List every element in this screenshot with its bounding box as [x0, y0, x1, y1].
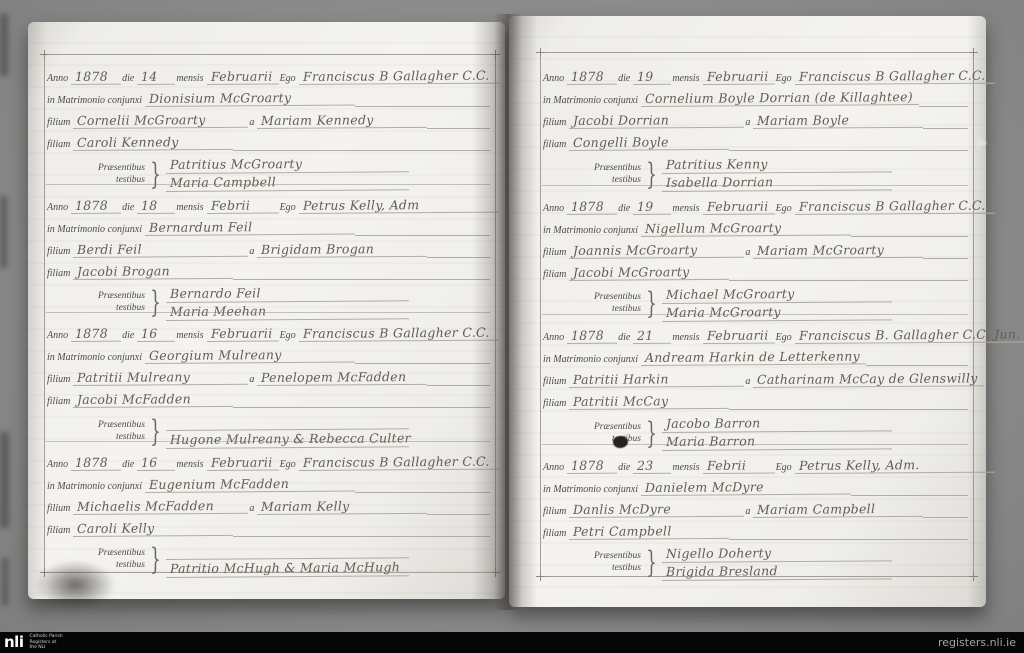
frame-corner-mark: [40, 568, 49, 577]
record-month: Februarii: [702, 327, 774, 344]
label-anno: Anno: [542, 73, 567, 85]
nli-logo-caption: Catholic Parish Registers at the NLI: [29, 634, 62, 652]
label-praesentibus: Præsentibus: [98, 548, 145, 560]
ruled-line: [233, 136, 490, 151]
caption-line-1: Catholic Parish: [29, 634, 62, 639]
record-witness-1: Jacobo Barron: [662, 414, 892, 433]
record-groom: Dionisium McGroarty: [145, 90, 355, 107]
record-month: Februarii: [206, 325, 278, 342]
record-groom-line: in Matrimonio conjunxi Danielem McDyre: [542, 474, 968, 496]
label-ego: Ego: [775, 462, 795, 474]
record-witness-2: Patritio McHugh & Maria McHugh: [166, 559, 409, 578]
label-ego: Ego: [279, 73, 299, 85]
ruled-line: [233, 393, 490, 408]
record-groom-line: in Matrimonio conjunxi Georgium Mulreany: [46, 342, 490, 364]
label-anno: Anno: [542, 332, 567, 344]
label-mensis: mensis: [175, 73, 206, 85]
marriage-record: Anno 1878 die 21 mensis Februarii Ego Fr…: [542, 314, 968, 444]
frame-corner-mark: [491, 50, 500, 59]
label-filium: filium: [542, 506, 569, 518]
record-celebrant: Franciscus B Gallagher C.C.: [795, 68, 995, 85]
label-die: die: [121, 73, 137, 85]
label-mensis: mensis: [671, 73, 702, 85]
label-testibus-word: testibus: [98, 560, 145, 572]
record-bride: Mariam Boyle: [753, 112, 923, 129]
label-filiam: filiam: [542, 269, 569, 281]
record-year: 1878: [567, 328, 617, 344]
record-groom-line: in Matrimonio conjunxi Bernardum Feil: [46, 214, 490, 236]
scan-edge-smudge: [0, 432, 9, 528]
record-groom: Bernardum Feil: [145, 218, 355, 235]
label-testibus: Præsentibus testibus: [98, 548, 145, 572]
caption-line-3: the NLI: [29, 645, 45, 650]
record-bride-father: Jacobi Brogan: [73, 262, 233, 279]
label-die: die: [121, 330, 137, 342]
marriage-record: Anno 1878 die 16 mensis Februarii Ego Fr…: [46, 312, 490, 441]
record-groom-line: in Matrimonio conjunxi Nigellum McGroart…: [542, 215, 968, 237]
record-date-line: Anno 1878 die 19 mensis Februarii Ego Fr…: [542, 63, 968, 85]
label-anno: Anno: [542, 203, 567, 215]
record-year: 1878: [567, 198, 617, 214]
label-filiam: filiam: [46, 525, 73, 537]
label-praesentibus: Præsentibus: [98, 163, 145, 175]
record-day: 14: [137, 69, 175, 85]
frame-corner-mark: [536, 572, 545, 581]
label-mensis: mensis: [175, 330, 206, 342]
record-bride: Mariam Campbell: [753, 500, 923, 517]
label-ego: Ego: [775, 203, 795, 215]
record-groom-father: Berdi Feil: [73, 240, 248, 257]
record-groom-line: in Matrimonio conjunxi Eugenium McFadden: [46, 471, 490, 493]
label-filium: filium: [46, 503, 73, 515]
record-bride-father-line: filiam Caroli Kennedy: [46, 129, 490, 151]
record-bride: Mariam McGroarty: [753, 241, 923, 258]
label-conjunxi: in Matrimonio conjunxi: [46, 481, 145, 493]
record-date-line: Anno 1878 die 19 mensis Februarii Ego Fr…: [542, 193, 968, 215]
record-bride-father-line: filiam Jacobi McFadden: [46, 386, 490, 408]
ruled-line: [923, 503, 968, 518]
record-groom: Georgium Mulreany: [145, 347, 355, 364]
frame-corner-mark: [969, 572, 978, 581]
record-date-line: Anno 1878 die 16 mensis Februarii Ego Fr…: [46, 449, 490, 471]
records-column-left: Anno 1878 die 14 mensis Februarii Ego Fr…: [46, 56, 490, 569]
record-witness-1: Bernardo Feil: [166, 284, 409, 303]
label-filium: filium: [542, 117, 569, 129]
label-conjunxi: in Matrimonio conjunxi: [542, 484, 641, 496]
marriage-record: Anno 1878 die 14 mensis Februarii Ego Fr…: [46, 56, 490, 184]
label-ego: Ego: [279, 330, 299, 342]
ruled-line: [233, 522, 490, 537]
record-date-line: Anno 1878 die 14 mensis Februarii Ego Fr…: [46, 63, 490, 85]
ruled-line: [923, 114, 968, 129]
label-testibus: Præsentibus testibus: [594, 551, 641, 575]
marriage-record: Anno 1878 die 23 mensis Febrii Ego Petru…: [542, 444, 968, 574]
label-ego: Ego: [775, 73, 795, 85]
label-conjunxi: in Matrimonio conjunxi: [542, 95, 641, 107]
record-bride-father: Caroli Kennedy: [73, 134, 233, 151]
ruled-line: [729, 525, 968, 540]
label-ego: Ego: [279, 459, 299, 471]
ruled-line: [355, 92, 490, 107]
record-parents-line: filium Patritii Harkin a Catharinam McCa…: [542, 366, 968, 388]
register-page-right: Anno 1878 die 19 mensis Februarii Ego Fr…: [509, 16, 986, 607]
record-celebrant: Franciscus B Gallagher C.C.: [299, 325, 499, 342]
ruled-line: [233, 265, 490, 280]
record-groom: Cornelium Boyle Dorrian (de Killaghtee): [641, 89, 919, 107]
scan-edge-smudge: [0, 196, 7, 268]
record-day: 23: [633, 457, 671, 473]
record-bride-father-line: filiam Patritii McCay: [542, 388, 968, 410]
nli-footer-bar: nli Catholic Parish Registers at the NLI…: [0, 632, 1024, 653]
label-ego: Ego: [775, 332, 795, 344]
label-conjunxi: in Matrimonio conjunxi: [46, 224, 145, 236]
record-groom-father: Patritii Mulreany: [73, 369, 248, 386]
label-praesentibus: Præsentibus: [594, 292, 641, 304]
ruled-line: [729, 395, 968, 410]
record-year: 1878: [71, 454, 121, 470]
record-bride-father: Caroli Kelly: [73, 519, 233, 536]
record-groom: Andream Harkin de Letterkenny: [641, 348, 866, 366]
record-day: 19: [633, 198, 671, 214]
marriage-record: Anno 1878 die 19 mensis Februarii Ego Fr…: [542, 185, 968, 315]
frame-corner-mark: [969, 48, 978, 57]
record-bride-father-line: filiam Caroli Kelly: [46, 515, 490, 537]
record-date-line: Anno 1878 die 21 mensis Februarii Ego Fr…: [542, 322, 968, 344]
record-witness-2: Brigida Bresland: [662, 562, 892, 581]
witnesses-block: Præsentibus testibus } Patritio McHugh &…: [98, 542, 490, 579]
label-conjunxi: in Matrimonio conjunxi: [46, 352, 145, 364]
record-parents-line: filium Cornelii McGroarty a Mariam Kenne…: [46, 107, 490, 129]
record-witness-1: Patritius McGroarty: [166, 155, 409, 174]
record-bride-father: Congelli Boyle: [569, 134, 729, 151]
witness-names: Nigello Doherty Brigida Bresland: [662, 545, 968, 582]
label-filium: filium: [46, 117, 73, 129]
scan-edge-smudge: [0, 14, 8, 76]
ruled-line: [851, 481, 968, 496]
record-year: 1878: [71, 69, 121, 85]
registers-watermark: registers.nli.ie: [938, 636, 1016, 649]
label-die: die: [121, 202, 137, 214]
witnesses-block: Præsentibus testibus } Nigello Doherty B…: [594, 545, 968, 582]
label-praesentibus: Præsentibus: [98, 420, 145, 432]
label-testibus: Præsentibus testibus: [594, 292, 641, 316]
record-day: 16: [137, 326, 175, 342]
record-parents-line: filium Joannis McGroarty a Mariam McGroa…: [542, 237, 968, 259]
label-anno: Anno: [46, 330, 71, 342]
frame-corner-mark: [491, 568, 500, 577]
record-year: 1878: [71, 326, 121, 342]
label-mensis: mensis: [175, 459, 206, 471]
record-groom-father: Michaelis McFadden: [73, 497, 248, 514]
label-anno: Anno: [46, 459, 71, 471]
label-filium: filium: [542, 376, 569, 388]
record-celebrant: Franciscus B Gallagher C.C.: [299, 453, 499, 470]
label-filium: filium: [46, 246, 73, 258]
record-month: Februarii: [702, 68, 774, 85]
record-groom: Danielem McDyre: [641, 478, 851, 495]
ruled-line: [729, 136, 968, 151]
page-edge-glint: [976, 137, 987, 149]
record-year: 1878: [567, 69, 617, 85]
record-bride-father-line: filiam Petri Campbell: [542, 518, 968, 540]
record-witness-1: Michael McGroarty: [662, 285, 892, 304]
record-bride-father: Jacobi McGroarty: [569, 263, 729, 280]
record-groom: Nigellum McGroarty: [641, 219, 851, 236]
record-bride-father: Patritii McCay: [569, 393, 729, 410]
ruled-line: [355, 349, 490, 364]
label-die: die: [121, 459, 137, 471]
record-witness-1: [166, 412, 409, 431]
record-bride: Brigidam Brogan: [257, 240, 427, 257]
ruled-line: [355, 221, 490, 236]
ruled-line: [427, 114, 490, 129]
record-parents-line: filium Danlis McDyre a Mariam Campbell: [542, 496, 968, 518]
ruled-line: [427, 500, 490, 515]
record-bride: Mariam Kelly: [257, 497, 427, 514]
record-witness-1: Patritius Kenny: [662, 155, 892, 174]
ruled-line: [355, 478, 490, 493]
record-bride: Catharinam McCay de Glenswilly: [753, 370, 984, 388]
label-conjunxi: in Matrimonio conjunxi: [542, 354, 641, 366]
label-praesentibus: Præsentibus: [594, 422, 641, 434]
record-celebrant: Franciscus B. Gallagher C.C. Jun.: [795, 326, 1024, 344]
record-parents-line: filium Jacobi Dorrian a Mariam Boyle: [542, 107, 968, 129]
record-month: Februarii: [206, 68, 278, 85]
label-mensis: mensis: [671, 332, 702, 344]
label-conjunxi: in Matrimonio conjunxi: [542, 225, 641, 237]
label-filiam: filiam: [542, 139, 569, 151]
record-groom-father: Joannis McGroarty: [569, 241, 744, 258]
label-praesentibus: Præsentibus: [594, 551, 641, 563]
record-groom-father: Patritii Harkin: [569, 371, 744, 388]
record-month: Febrii: [206, 197, 278, 214]
scan-edge-smudge: [2, 558, 8, 606]
record-celebrant: Franciscus B Gallagher C.C.: [299, 68, 499, 85]
nli-logo: nli: [4, 635, 23, 650]
label-mensis: mensis: [671, 462, 702, 474]
label-testibus-word: testibus: [594, 563, 641, 575]
record-date-line: Anno 1878 die 16 mensis Februarii Ego Fr…: [46, 320, 490, 342]
record-month: Februarii: [206, 454, 278, 471]
label-filiam: filiam: [46, 139, 73, 151]
record-groom-line: in Matrimonio conjunxi Cornelium Boyle D…: [542, 85, 968, 107]
label-anno: Anno: [542, 462, 567, 474]
label-filium: filium: [542, 247, 569, 259]
record-date-line: Anno 1878 die 23 mensis Febrii Ego Petru…: [542, 452, 968, 474]
record-witness-1: [166, 541, 409, 560]
ruled-line: [427, 371, 490, 386]
label-ego: Ego: [279, 202, 299, 214]
record-year: 1878: [71, 197, 121, 213]
record-parents-line: filium Patritii Mulreany a Penelopem McF…: [46, 364, 490, 386]
label-conjunxi: in Matrimonio conjunxi: [46, 95, 145, 107]
ruled-line: [866, 351, 968, 366]
record-day: 21: [633, 328, 671, 344]
record-parents-line: filium Berdi Feil a Brigidam Brogan: [46, 236, 490, 258]
label-anno: Anno: [46, 73, 71, 85]
record-groom-father: Cornelii McGroarty: [73, 112, 248, 129]
record-bride-father-line: filiam Jacobi Brogan: [46, 258, 490, 280]
record-bride-father: Petri Campbell: [569, 522, 729, 539]
label-die: die: [617, 462, 633, 474]
record-groom: Eugenium McFadden: [145, 475, 355, 492]
record-day: 18: [137, 197, 175, 213]
caption-line-2: Registers at: [29, 640, 56, 645]
record-month: Febrii: [702, 457, 774, 474]
record-bride: Penelopem McFadden: [257, 369, 427, 386]
record-celebrant: Petrus Kelly, Adm: [299, 196, 499, 213]
witness-brace: }: [150, 545, 161, 575]
record-celebrant: Petrus Kelly, Adm.: [795, 456, 995, 473]
register-page-left: Anno 1878 die 14 mensis Februarii Ego Fr…: [28, 22, 505, 599]
marriage-record: Anno 1878 die 18 mensis Febrii Ego Petru…: [46, 184, 490, 313]
record-witness-1: Nigello Doherty: [662, 544, 892, 563]
marriage-record: Anno 1878 die 19 mensis Februarii Ego Fr…: [542, 56, 968, 185]
ruled-line: [919, 92, 968, 107]
register-scan-viewer: Anno 1878 die 14 mensis Februarii Ego Fr…: [0, 0, 1024, 653]
record-groom-father: Jacobi Dorrian: [569, 112, 744, 129]
label-die: die: [617, 332, 633, 344]
ruled-line: [923, 244, 968, 259]
label-mensis: mensis: [175, 202, 206, 214]
record-groom-line: in Matrimonio conjunxi Dionisium McGroar…: [46, 85, 490, 107]
marriage-record: Anno 1878 die 16 mensis Februarii Ego Fr…: [46, 441, 490, 570]
record-bride: Mariam Kennedy: [257, 112, 427, 129]
label-praesentibus: Præsentibus: [594, 163, 641, 175]
label-die: die: [617, 73, 633, 85]
record-groom-father: Danlis McDyre: [569, 500, 744, 517]
label-filiam: filiam: [46, 396, 73, 408]
record-day: 19: [633, 69, 671, 85]
witness-brace: }: [646, 548, 657, 578]
record-day: 16: [137, 454, 175, 470]
ruled-line: [729, 266, 968, 281]
record-bride-father: Jacobi McFadden: [73, 391, 233, 408]
witness-names: Patritio McHugh & Maria McHugh: [166, 542, 490, 579]
label-filiam: filiam: [542, 398, 569, 410]
record-celebrant: Franciscus B Gallagher C.C.: [795, 197, 995, 214]
ruled-line: [851, 222, 968, 237]
label-mensis: mensis: [671, 203, 702, 215]
label-praesentibus: Præsentibus: [98, 291, 145, 303]
record-date-line: Anno 1878 die 18 mensis Febrii Ego Petru…: [46, 192, 490, 214]
record-groom-line: in Matrimonio conjunxi Andream Harkin de…: [542, 344, 968, 366]
record-bride-father-line: filiam Jacobi McGroarty: [542, 259, 968, 281]
label-filium: filium: [46, 374, 73, 386]
ruled-line: [427, 243, 490, 258]
record-year: 1878: [567, 457, 617, 473]
records-column-right: Anno 1878 die 19 mensis Februarii Ego Fr…: [542, 56, 968, 573]
label-filiam: filiam: [46, 268, 73, 280]
label-anno: Anno: [46, 202, 71, 214]
label-filiam: filiam: [542, 528, 569, 540]
record-parents-line: filium Michaelis McFadden a Mariam Kelly: [46, 493, 490, 515]
record-bride-father-line: filiam Congelli Boyle: [542, 129, 968, 151]
label-die: die: [617, 203, 633, 215]
label-testibus: Præsentibus testibus: [594, 163, 641, 187]
record-month: Februarii: [702, 198, 774, 215]
